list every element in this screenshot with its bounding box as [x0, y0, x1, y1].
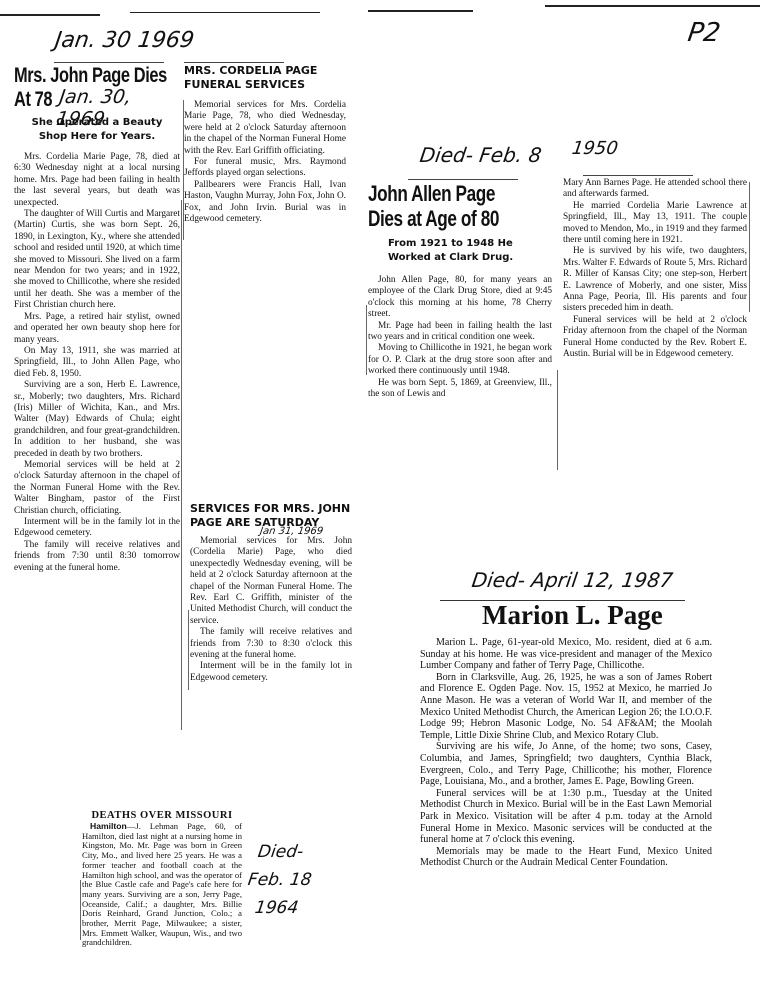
subhead-line1: From 1921 to 1948 He: [368, 237, 552, 251]
paragraph: Funeral services will be held at 2 o'clo…: [563, 315, 747, 361]
handwritten-date-saturday: Jan 31, 1969: [259, 526, 324, 537]
paragraph: Interment will be in the family lot in t…: [14, 517, 180, 540]
headline-line1: SERVICES FOR MRS. JOHN: [190, 502, 352, 516]
column-edge: [557, 370, 558, 470]
paragraph: Memorial services for Mrs. Cordelia Mari…: [184, 100, 346, 157]
headline-line2: FUNERAL SERVICES: [184, 78, 346, 92]
handwritten-date-top: Jan. 30 1969: [53, 28, 195, 53]
paragraph: Memorial services will be held at 2 o'cl…: [14, 460, 180, 517]
handwritten-died-lehman-3: 1964: [254, 898, 300, 918]
column-edge: [181, 200, 182, 730]
dateline: Hamilton: [90, 821, 127, 831]
headline-line1: MRS. CORDELIA PAGE: [184, 64, 346, 78]
handwritten-died-lehman-2: Feb. 18: [247, 870, 313, 890]
paragraph: Memorials may be made to the Heart Fund,…: [420, 846, 712, 869]
headline-rule: [583, 175, 693, 176]
handwritten-died-marion: Died- April 12, 1987: [470, 568, 674, 592]
obituary-text: —J. Lehman Page, 60, of Hamilton, died l…: [82, 821, 242, 947]
handwritten-year-john-allen: 1950: [571, 138, 620, 159]
handwritten-died-lehman-1: Died-: [257, 842, 305, 862]
handwritten-date-headline: Jan. 30, 1969: [55, 86, 183, 130]
scan-edge-rule: [545, 5, 760, 7]
headline-rule: [408, 179, 518, 180]
headline-line2: At 78: [14, 88, 52, 112]
paragraph: Marion L. Page, 61-year-old Mexico, Mo. …: [420, 637, 712, 672]
column-edge: [183, 100, 184, 240]
headline: DEATHS OVER MISSOURI: [82, 810, 242, 821]
paragraph: Mrs. Page, a retired hair stylist, owned…: [14, 312, 180, 346]
handwritten-died-john-allen: Died- Feb. 8: [418, 143, 543, 167]
scan-edge-rule: [0, 14, 100, 16]
paragraph: The daughter of Will Curtis and Margaret…: [14, 209, 180, 312]
paragraph: Mrs. Cordelia Marie Page, 78, died at 6:…: [14, 152, 180, 209]
paragraph: On May 13, 1911, she was married at Spri…: [14, 346, 180, 380]
paragraph: Mary Ann Barnes Page. He attended school…: [563, 178, 747, 201]
subhead-line2: Worked at Clark Drug.: [368, 251, 552, 265]
article-body: Memorial services for Mrs. Cordelia Mari…: [184, 100, 346, 225]
paragraph: For funeral music, Mrs. Raymond Jeffords…: [184, 157, 346, 180]
paragraph: Surviving are his wife, Jo Anne, of the …: [420, 741, 712, 787]
scan-edge-rule: [368, 10, 473, 12]
clipping-lehman-obituary: DEATHS OVER MISSOURI Hamilton—J. Lehman …: [82, 810, 242, 948]
clipping-cordelia-funeral: MRS. CORDELIA PAGE FUNERAL SERVICES Memo…: [184, 64, 346, 225]
page-marker: P2: [686, 18, 722, 48]
paragraph: John Allen Page, 80, for many years an e…: [368, 275, 552, 321]
headline-rule: [440, 600, 685, 601]
paragraph: Hamilton—J. Lehman Page, 60, of Hamilton…: [82, 822, 242, 948]
paragraph: Memorial services for Mrs. John (Cordeli…: [190, 536, 352, 627]
headline-rule: [184, 62, 284, 63]
headline-line1: John Allen Page: [368, 181, 512, 206]
article-body: Mrs. Cordelia Marie Page, 78, died at 6:…: [14, 152, 180, 574]
paragraph: Interment will be in the family lot in E…: [190, 661, 352, 684]
paragraph: The family will receive relatives and fr…: [190, 627, 352, 661]
column-edge: [366, 305, 367, 375]
article-body-col1: John Allen Page, 80, for many years an e…: [368, 275, 552, 400]
clipping-john-allen-obituary-col2: Mary Ann Barnes Page. He attended school…: [563, 178, 747, 361]
paragraph: He was born Sept. 5, 1869, at Greenview,…: [368, 378, 552, 401]
paragraph: Moving to Chillicothe in 1921, he began …: [368, 343, 552, 377]
clipping-saturday-services: SERVICES FOR MRS. JOHN PAGE ARE SATURDAY…: [190, 502, 352, 684]
paragraph: He married Cordelia Marie Lawrence at Sp…: [563, 201, 747, 247]
clipping-marion-obituary: Marion L. Page Marion L. Page, 61-year-o…: [420, 598, 712, 869]
clipping-cordelia-obituary: Mrs. John Page Dies At 78 Jan. 30, 1969 …: [14, 64, 180, 574]
column-edge: [749, 182, 750, 312]
headline: Marion L. Page: [420, 600, 712, 630]
paragraph: Born in Clarksville, Aug. 26, 1925, he w…: [420, 672, 712, 742]
scan-edge-rule: [130, 12, 320, 13]
subhead-line2: Shop Here for Years.: [14, 130, 180, 144]
paragraph: Mr. Page had been in failing health the …: [368, 321, 552, 344]
clipping-john-allen-obituary: John Allen Page Dies at Age of 80 From 1…: [368, 176, 552, 400]
headline-line2: Dies at Age of 80: [368, 206, 512, 231]
paragraph: The family will receive relatives and fr…: [14, 540, 180, 574]
article-body: Marion L. Page, 61-year-old Mexico, Mo. …: [420, 637, 712, 869]
article-body-col2: Mary Ann Barnes Page. He attended school…: [563, 178, 747, 361]
paragraph: Pallbearers were Francis Hall, Ivan Hast…: [184, 180, 346, 226]
headline-rule: [54, 62, 164, 63]
article-body: Memorial services for Mrs. John (Cordeli…: [190, 536, 352, 684]
article-body: Hamilton—J. Lehman Page, 60, of Hamilton…: [82, 822, 242, 948]
headline-line1: Mrs. John Page Dies: [14, 64, 143, 88]
paragraph: Funeral services will be at 1:30 p.m., T…: [420, 788, 712, 846]
paragraph: Surviving are a son, Herb E. Lawrence, s…: [14, 380, 180, 460]
paragraph: He is survived by his wife, two daughter…: [563, 246, 747, 314]
column-edge: [80, 880, 81, 940]
column-edge: [188, 610, 189, 690]
